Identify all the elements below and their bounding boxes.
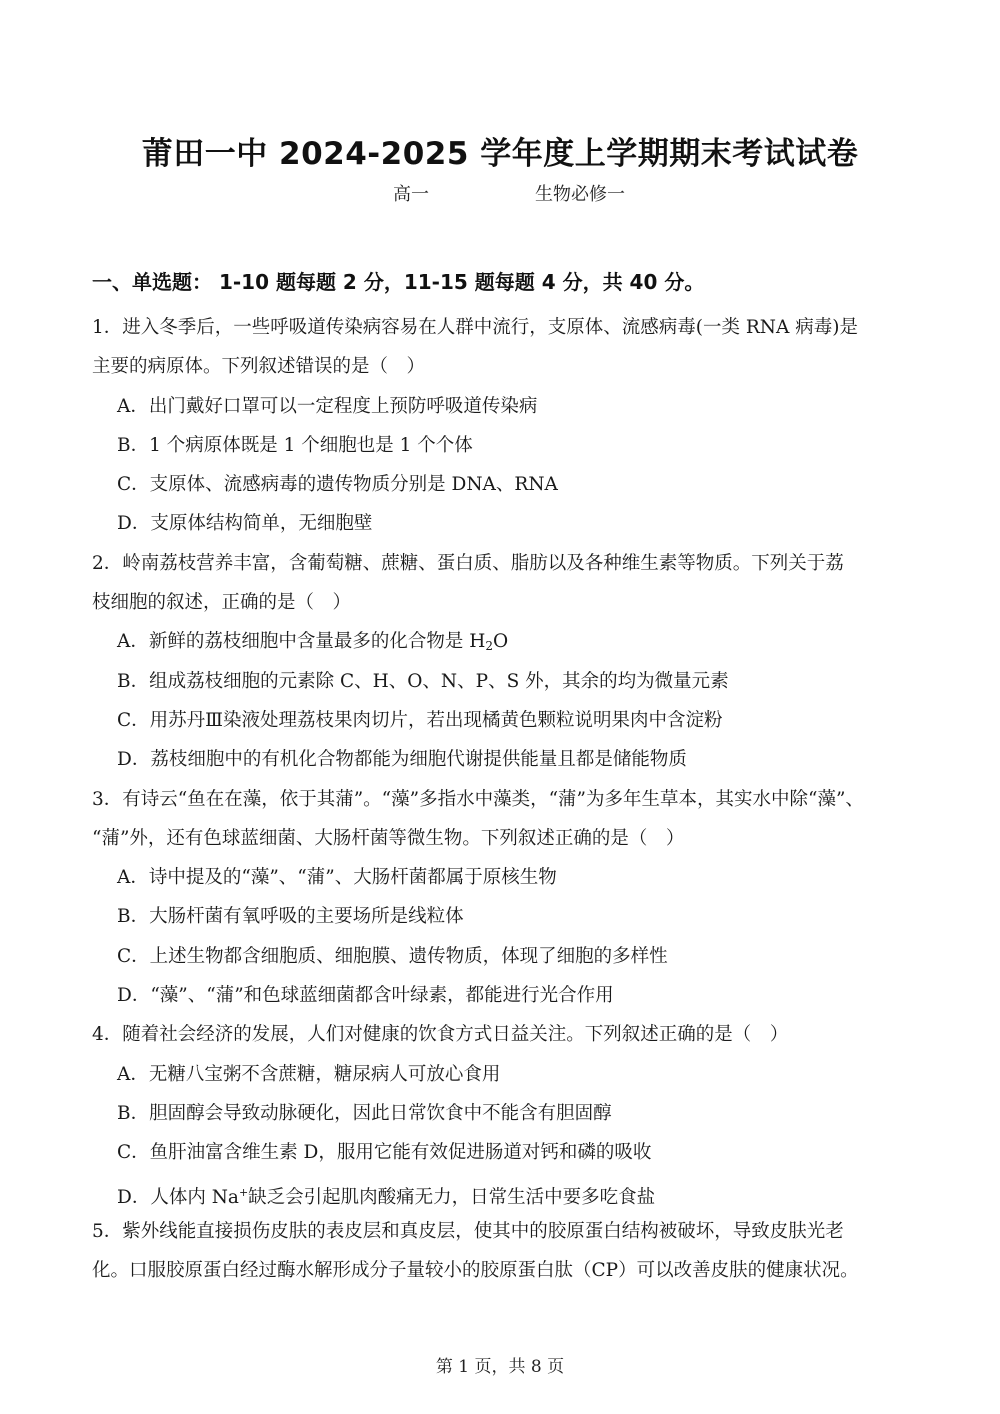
option-d: D．荔枝细胞中的有机化合物都能为细胞代谢提供能量且都是储能物质 [92,740,920,779]
question-2: 2．岭南荔枝营养丰富，含葡萄糖、蔗糖、蛋白质、脂肪以及各种维生素等物质。下列关于… [92,544,920,780]
question-stem-line: “蒲”外，还有色球蓝细菌、大肠杆菌等微生物。下列叙述正确的是（ ） [92,819,920,858]
question-stem-line: 3．有诗云“鱼在在藻，依于其蒲”。“藻”多指水中藻类，“蒲”为多年生草本，其实水… [92,780,920,819]
superscript: + [239,1186,248,1199]
option-b: B．组成荔枝细胞的元素除 C、H、O、N、P、S 外，其余的均为微量元素 [92,662,920,701]
subscript: 2 [485,639,493,653]
exam-title: 莆田一中 2024-2025 学年度上学期期末考试试卷 [0,128,1000,173]
question-stem-line: 枝细胞的叙述，正确的是（ ） [92,583,920,622]
question-1: 1．进入冬季后，一些呼吸道传染病容易在人群中流行，支原体、流感病毒(一类 RNA… [92,308,920,544]
option-d: D．“藻”、“蒲”和色球蓝细菌都含叶绿素，都能进行光合作用 [92,976,920,1015]
exam-subtitle: 高一 生物必修一 [0,180,1000,210]
option-text-tail: 缺乏会引起肌肉酸痛无力，日常生活中要多吃食盐 [248,1187,655,1208]
option-c: C．鱼肝油富含维生素 D，服用它能有效促进肠道对钙和磷的吸收 [92,1133,920,1172]
option-d: D．支原体结构简单，无细胞壁 [92,504,920,543]
option-a: A．新鲜的荔枝细胞中含量最多的化合物是 H2O [92,622,920,661]
option-c: C．支原体、流感病毒的遗传物质分别是 DNA、RNA [92,465,920,504]
option-b: B．1 个病原体既是 1 个细胞也是 1 个个体 [92,426,920,465]
option-a: A．出门戴好口罩可以一定程度上预防呼吸道传染病 [92,387,920,426]
option-b: B．大肠杆菌有氧呼吸的主要场所是线粒体 [92,897,920,936]
option-a: A．无糖八宝粥不含蔗糖，糖尿病人可放心食用 [92,1055,920,1094]
questions-list: 1．进入冬季后，一些呼吸道传染病容易在人群中流行，支原体、流感病毒(一类 RNA… [92,308,920,1290]
question-5: 5．紫外线能直接损伤皮肤的表皮层和真皮层，使其中的胶原蛋白结构被破坏，导致皮肤光… [92,1212,920,1291]
question-stem-line: 4．随着社会经济的发展，人们对健康的饮食方式日益关注。下列叙述正确的是（ ） [92,1015,920,1054]
section-heading: 一、单选题： 1-10 题每题 2 分，11-15 题每题 4 分，共 40 分… [92,266,704,295]
option-c: C．用苏丹Ⅲ染液处理荔枝果肉切片，若出现橘黄色颗粒说明果肉中含淀粉 [92,701,920,740]
grade-label: 高一 [393,180,429,206]
question-stem-line: 化。口服胶原蛋白经过酶水解形成分子量较小的胶原蛋白肽（CP）可以改善皮肤的健康状… [92,1251,920,1290]
question-4: 4．随着社会经济的发展，人们对健康的饮食方式日益关注。下列叙述正确的是（ ） A… [92,1015,920,1211]
option-a: A．诗中提及的“藻”、“蒲”、大肠杆菌都属于原核生物 [92,858,920,897]
page-footer: 第 1 页，共 8 页 [0,1352,1000,1377]
option-d: D．人体内 Na+缺乏会引起肌肉酸痛无力，日常生活中要多吃食盐 [92,1173,920,1212]
option-text: A．新鲜的荔枝细胞中含量最多的化合物是 H [117,631,485,652]
question-stem-line: 主要的病原体。下列叙述错误的是（ ） [92,347,920,386]
question-stem-line: 1．进入冬季后，一些呼吸道传染病容易在人群中流行，支原体、流感病毒(一类 RNA… [92,308,920,347]
option-text-tail: O [493,631,508,652]
option-b: B．胆固醇会导致动脉硬化，因此日常饮食中不能含有胆固醇 [92,1094,920,1133]
question-stem-line: 5．紫外线能直接损伤皮肤的表皮层和真皮层，使其中的胶原蛋白结构被破坏，导致皮肤光… [92,1212,920,1251]
option-c: C．上述生物都含细胞质、细胞膜、遗传物质，体现了细胞的多样性 [92,937,920,976]
subject-label: 生物必修一 [535,180,625,206]
question-stem-line: 2．岭南荔枝营养丰富，含葡萄糖、蔗糖、蛋白质、脂肪以及各种维生素等物质。下列关于… [92,544,920,583]
option-text: D．人体内 Na [117,1187,239,1208]
question-3: 3．有诗云“鱼在在藻，依于其蒲”。“藻”多指水中藻类，“蒲”为多年生草本，其实水… [92,780,920,1016]
